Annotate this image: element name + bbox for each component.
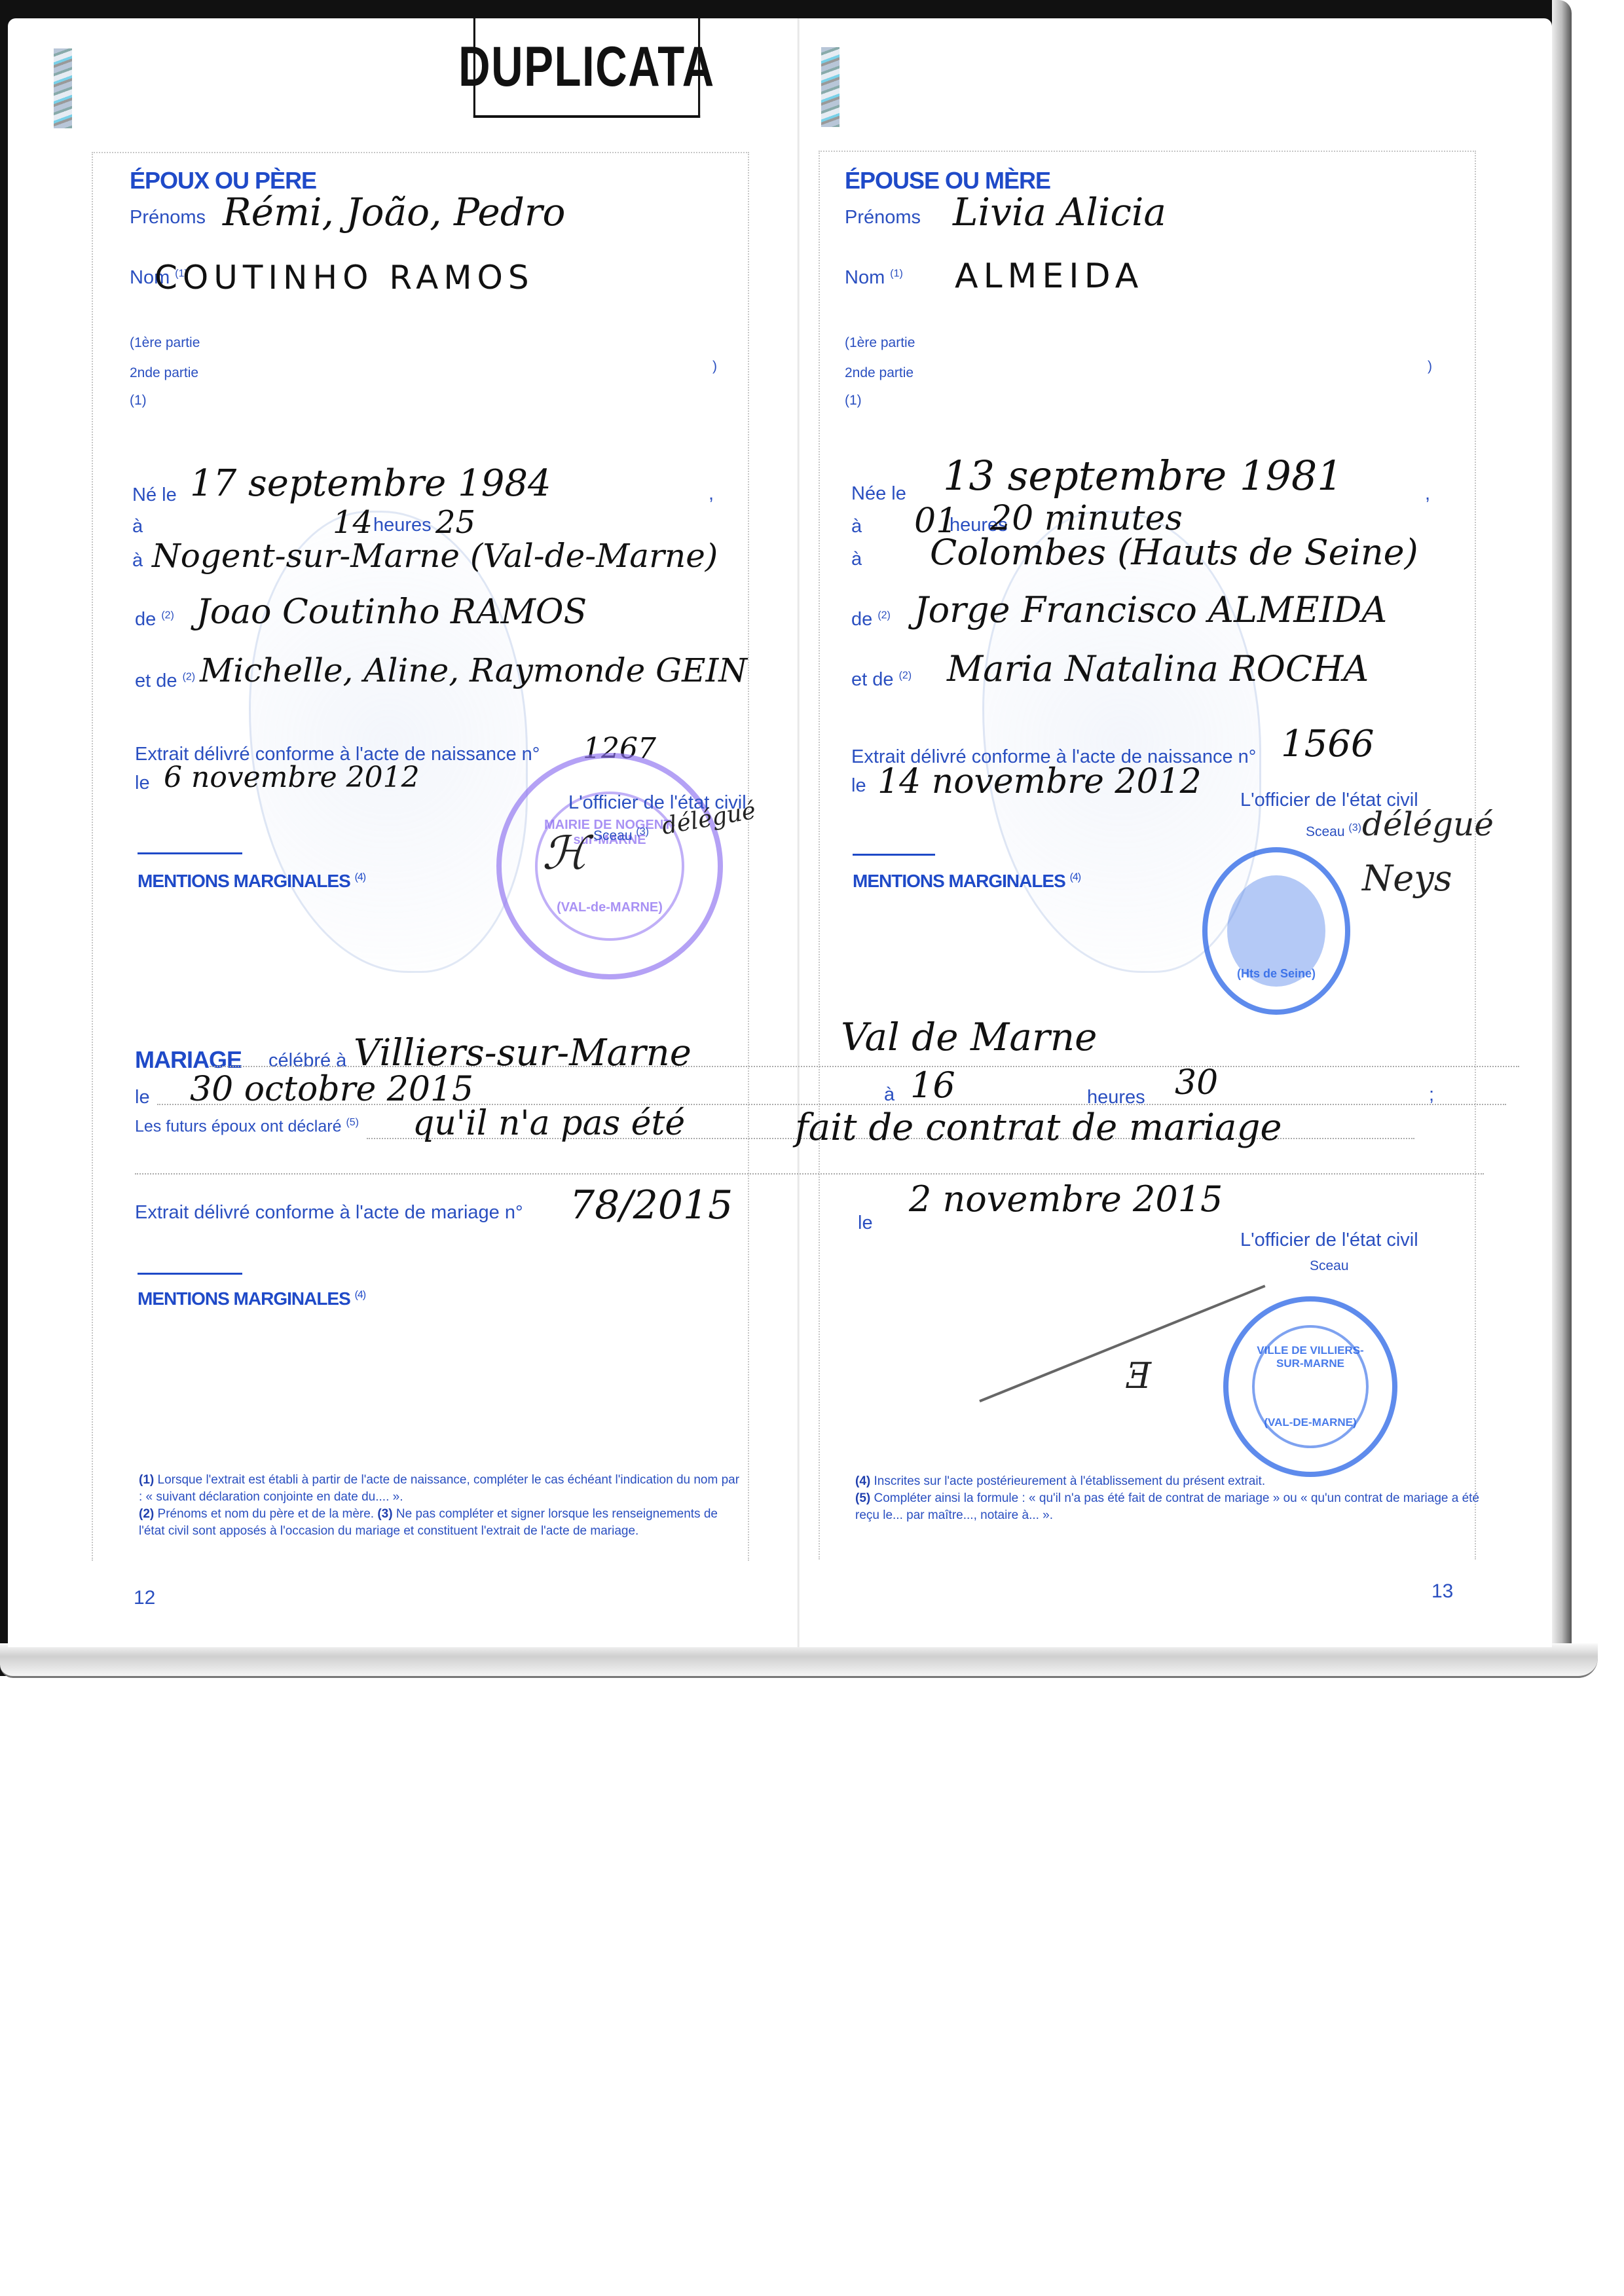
label-at-time: à xyxy=(884,1084,895,1106)
label-seal-text: Sceau xyxy=(1306,824,1345,839)
label-born: Né le xyxy=(132,484,177,506)
value-declaration-part2: fait de contrat de mariage xyxy=(795,1106,1282,1149)
footnote-4: (4) Inscrites sur l'acte postérieurement… xyxy=(855,1473,1484,1490)
label-at-time: à xyxy=(132,516,143,538)
value-father-wife: Jorge Francisco ALMEIDA xyxy=(914,589,1387,630)
label-declared: Les futurs époux ont déclaré (5) xyxy=(135,1117,359,1136)
divider xyxy=(138,1273,242,1275)
divider xyxy=(138,852,242,854)
mentions-label: MENTIONS MARGINALES xyxy=(138,1288,350,1309)
page-number-left: 12 xyxy=(134,1587,155,1609)
value-marriage-hours: 16 xyxy=(910,1065,955,1106)
mentions-marginales-left-1: MENTIONS MARGINALES (4) xyxy=(138,871,365,892)
value-marriage-minutes: 30 xyxy=(1175,1063,1218,1102)
booklet-cover-edge xyxy=(1552,0,1572,1663)
stamp-text-bottom: (Hts de Seine) xyxy=(1237,967,1316,981)
footnote-number: (1) xyxy=(139,1473,154,1487)
footnote-ref: (5) xyxy=(346,1117,359,1128)
label-prenoms: Prénoms xyxy=(845,207,921,228)
value-marriage-date: 30 octobre 2015 xyxy=(190,1070,473,1109)
footnote-ref: (2) xyxy=(899,670,912,681)
mentions-label: MENTIONS MARGINALES xyxy=(138,871,350,891)
value-extract-date-wife: 14 novembre 2012 xyxy=(877,762,1202,801)
label-marriage-extract-date: le xyxy=(858,1212,873,1234)
label-hours: heures xyxy=(373,515,432,536)
footnote-ref: (2) xyxy=(183,671,196,682)
label-at-place: à xyxy=(851,549,862,570)
footnote-number: (2) xyxy=(139,1507,154,1521)
footnote-text: Lorsque l'extrait est établi à partir de… xyxy=(139,1473,739,1504)
footnote-ref: (4) xyxy=(1070,872,1081,883)
hologram-right xyxy=(821,47,840,127)
footnote-number: (5) xyxy=(855,1491,870,1505)
value-nom-husband: COUTINHO RAMOS xyxy=(155,259,534,297)
divider xyxy=(853,854,935,856)
value-birth-date-husband: 17 septembre 1984 xyxy=(190,462,551,505)
value-birth-place-husband: Nogent-sur-Marne (Val-de-Marne) xyxy=(152,537,718,575)
label-mother-text: et de xyxy=(851,669,894,690)
value-marriage-extract-date: 2 novembre 2015 xyxy=(909,1178,1223,1220)
label-declared-text: Les futurs époux ont déclaré xyxy=(135,1117,341,1135)
value-marriage-place-continuation: Val de Marne xyxy=(841,1015,1097,1059)
footnote-5: (5) Compléter ainsi la formule : « qu'il… xyxy=(855,1490,1484,1524)
label-marriage-extract: Extrait délivré conforme à l'acte de mar… xyxy=(135,1202,523,1224)
stamp-text-bottom: (VAL-DE-MARNE) xyxy=(1264,1416,1356,1429)
closing-paren: ) xyxy=(1428,359,1432,374)
closing-paren: ) xyxy=(712,359,717,374)
label-hours: heures xyxy=(1087,1087,1145,1108)
footnotes-right: (4) Inscrites sur l'acte postérieurement… xyxy=(855,1473,1484,1524)
value-extract-date-husband: 6 novembre 2012 xyxy=(164,761,420,794)
label-mother: et de (2) xyxy=(851,669,912,691)
booklet-cover-bottom xyxy=(0,1643,1598,1678)
value-birth-extract-number-wife: 1566 xyxy=(1281,723,1375,765)
label-at-time: à xyxy=(851,516,862,538)
label-celebrated-at: célébré à xyxy=(268,1050,346,1072)
label-father: de (2) xyxy=(135,609,174,630)
footnote-ref: (1) xyxy=(890,268,903,279)
footnote-ref: (4) xyxy=(355,1290,366,1301)
value-marriage-place: Villiers-sur-Marne xyxy=(354,1032,692,1074)
hologram-left xyxy=(54,48,72,128)
label-father-text: de xyxy=(851,609,872,630)
signature-officer-right-1: Neys xyxy=(1362,858,1452,899)
footnote-1: (1) Lorsque l'extrait est établi à parti… xyxy=(139,1472,741,1506)
footnote-ref: (3) xyxy=(1348,822,1361,833)
label-extract-date: le xyxy=(135,773,150,794)
footnote-number: (4) xyxy=(855,1474,870,1488)
footnotes-left: (1) Lorsque l'extrait est établi à parti… xyxy=(139,1472,741,1540)
value-nom-wife: ALMEIDA xyxy=(955,257,1143,296)
label-nom: Nom (1) xyxy=(845,267,903,289)
part-footnote: (1) xyxy=(845,393,862,409)
value-birth-date-wife: 13 septembre 1981 xyxy=(943,452,1343,500)
label-father: de (2) xyxy=(851,609,891,630)
value-birth-place-wife: Colombes (Hauts de Seine) xyxy=(930,532,1418,573)
label-mother-text: et de xyxy=(135,670,177,691)
label-born: Née le xyxy=(851,483,906,505)
duplicata-stamp: DUPLICATA xyxy=(473,18,700,118)
label-marriage-date: le xyxy=(135,1087,150,1108)
value-mother-husband: Michelle, Aline, Raymonde GEIN xyxy=(200,651,747,689)
label-part2: 2nde partie xyxy=(130,365,198,381)
footnote-text: Prénoms et nom du père et de la mère. xyxy=(158,1507,375,1521)
label-nom-text: Nom xyxy=(845,267,885,288)
label-father-text: de xyxy=(135,609,156,630)
footnote-ref: (2) xyxy=(161,610,174,621)
label-seal-text: Sceau xyxy=(593,828,633,843)
signature-officer-right-2: Ǝ xyxy=(1126,1355,1152,1396)
comma-mark: , xyxy=(709,483,714,505)
part-footnote: (1) xyxy=(130,393,147,409)
comma-mark: , xyxy=(1425,483,1430,505)
value-prenoms-husband: Rémi, João, Pedro xyxy=(223,190,565,234)
label-part1: (1ère partie xyxy=(845,335,915,351)
label-prenoms: Prénoms xyxy=(130,207,206,228)
mentions-marginales-left-2: MENTIONS MARGINALES (4) xyxy=(138,1288,365,1309)
page-number-right: 13 xyxy=(1431,1580,1453,1603)
label-at-place: à xyxy=(132,550,143,572)
label-seal: Sceau (3) xyxy=(1306,822,1361,840)
stamp-text-bottom: (VAL-de-MARNE) xyxy=(557,900,663,915)
label-seal: Sceau xyxy=(1310,1258,1349,1274)
footnote-ref: (3) xyxy=(636,826,649,837)
label-extract-date: le xyxy=(851,775,866,797)
stamp-villiers-sur-marne: VILLE DE VILLIERS-SUR-MARNE (VAL-DE-MARN… xyxy=(1223,1296,1397,1477)
value-prenoms-wife: Livia Alicia xyxy=(953,190,1166,234)
signature-officer-left: ℋ xyxy=(542,826,587,880)
footnote-ref: (4) xyxy=(355,872,366,883)
value-birth-hours-husband: 14 xyxy=(333,504,373,541)
label-part1: (1ère partie xyxy=(130,335,200,351)
value-declaration-part1: qu'il n'a pas été xyxy=(413,1104,685,1143)
footnote-2-3: (2) Prénoms et nom du père et de la mère… xyxy=(139,1506,741,1540)
stamp-text-top: VILLE DE VILLIERS-SUR-MARNE xyxy=(1255,1344,1366,1370)
page-gutter xyxy=(798,18,800,1647)
signature-note-delegue-right: délégué xyxy=(1362,805,1494,843)
footnote-text: Compléter ainsi la formule : « qu'il n'a… xyxy=(855,1491,1479,1522)
mentions-marginales-right: MENTIONS MARGINALES (4) xyxy=(853,871,1080,892)
label-seal: Sceau (3) xyxy=(593,826,649,844)
mentions-label: MENTIONS MARGINALES xyxy=(853,871,1065,891)
line-separator xyxy=(135,1173,1484,1175)
semicolon-mark: ; xyxy=(1429,1084,1434,1106)
footnote-text: Inscrites sur l'acte postérieurement à l… xyxy=(874,1474,1266,1488)
stamp-mairie-nogent: MAIRIE DE NOGENT-sur-MARNE (VAL-de-MARNE… xyxy=(496,753,723,979)
value-father-husband: Joao Coutinho RAMOS xyxy=(196,592,587,632)
value-birth-minutes-husband: 25 xyxy=(435,504,475,541)
footnote-ref: (2) xyxy=(877,610,891,621)
value-mother-wife: Maria Natalina ROCHA xyxy=(947,648,1369,689)
footnote-number: (3) xyxy=(377,1507,392,1521)
label-officer: L'officier de l'état civil xyxy=(1240,1230,1418,1251)
label-mother: et de (2) xyxy=(135,670,195,692)
label-part2: 2nde partie xyxy=(845,365,913,381)
stamp-colombes: (Hts de Seine) xyxy=(1202,847,1350,1015)
value-marriage-extract-number: 78/2015 xyxy=(570,1182,733,1228)
